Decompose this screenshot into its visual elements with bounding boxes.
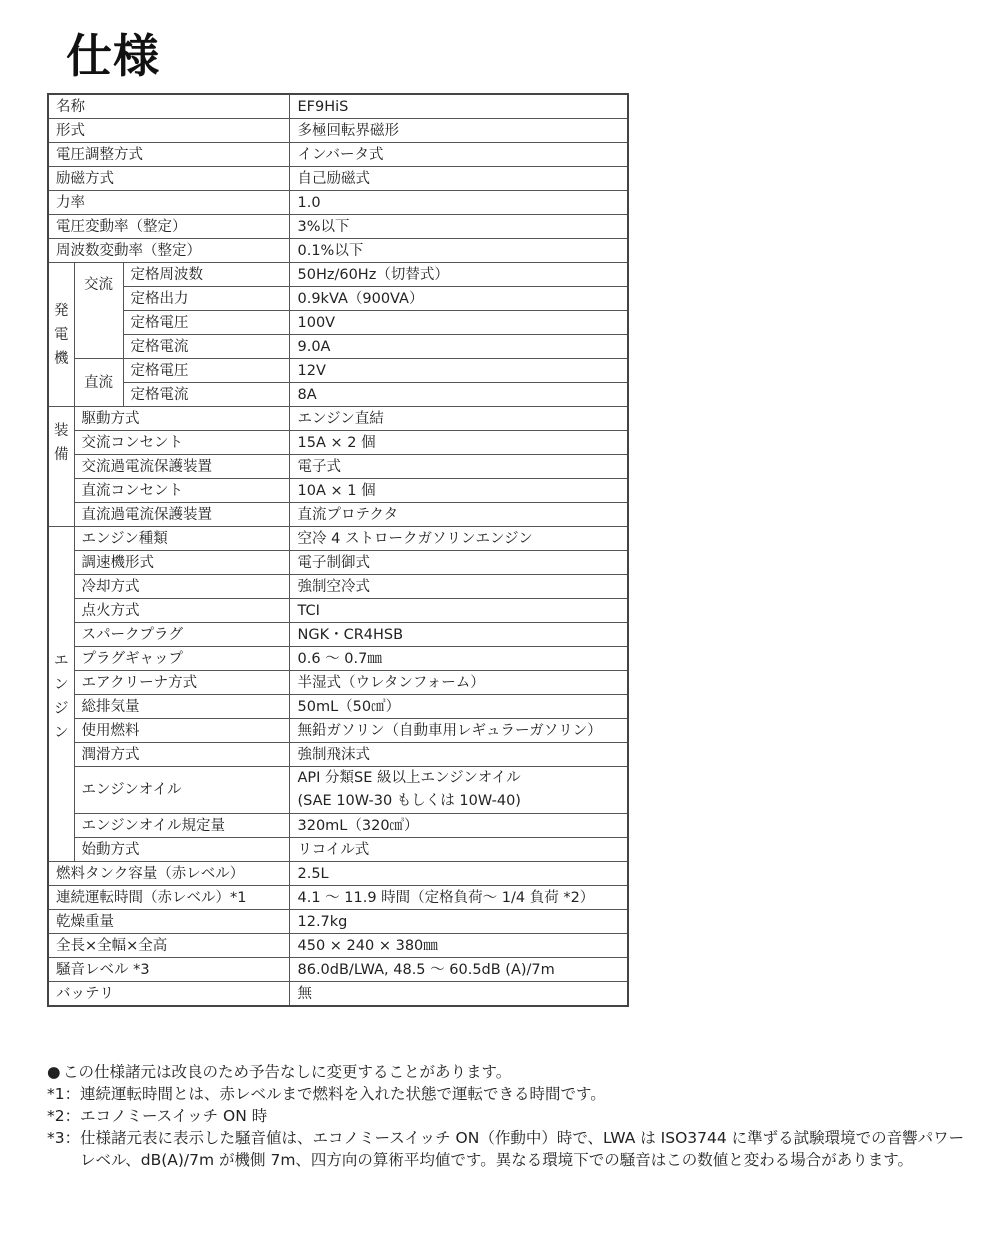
group-label-generator: 発 電 機 [48, 263, 74, 407]
subgroup-label-ac: 交流 [74, 263, 123, 359]
table-row: 全長×全幅×全高 450 × 240 × 380㎜ [48, 934, 628, 958]
table-row: 潤滑方式 強制飛沫式 [48, 743, 628, 767]
spec-value: 0.9kVA（900VA） [289, 287, 628, 311]
spec-value: 9.0A [289, 335, 628, 359]
table-row: 総排気量 50mL（50㎤） [48, 695, 628, 719]
spec-value: 450 × 240 × 380㎜ [289, 934, 628, 958]
note-marker: *3： [47, 1127, 80, 1171]
table-row: 点火方式 TCI [48, 599, 628, 623]
table-row: 調速機形式 電子制御式 [48, 551, 628, 575]
spec-label: 交流コンセント [74, 431, 289, 455]
spec-value: 100V [289, 311, 628, 335]
spec-value: エンジン直結 [289, 407, 628, 431]
table-row: 周波数変動率（整定） 0.1%以下 [48, 239, 628, 263]
table-row: プラグギャップ 0.6 ～ 0.7㎜ [48, 647, 628, 671]
table-row: 燃料タンク容量（赤レベル） 2.5L [48, 862, 628, 886]
spec-value: 強制飛沫式 [289, 743, 628, 767]
spec-label: 始動方式 [74, 838, 289, 862]
spec-label: 調速機形式 [74, 551, 289, 575]
spec-label: 定格電圧 [123, 359, 289, 383]
spec-label: 交流過電流保護装置 [74, 455, 289, 479]
subgroup-label-dc: 直流 [74, 359, 123, 407]
spec-label: 直流過電流保護装置 [74, 503, 289, 527]
table-row: 騒音レベル *3 86.0dB/LWA, 48.5 ～ 60.5dB (A)/7… [48, 958, 628, 982]
table-row: エ ン ジ ン エンジン種類 空冷 4 ストロークガソリンエンジン [48, 527, 628, 551]
spec-value: 4.1 ～ 11.9 時間（定格負荷～ 1/4 負荷 *2） [289, 886, 628, 910]
spec-value: 空冷 4 ストロークガソリンエンジン [289, 527, 628, 551]
spec-label: 使用燃料 [74, 719, 289, 743]
spec-label: エアクリーナ方式 [74, 671, 289, 695]
spec-label: 連続運転時間（赤レベル）*1 [48, 886, 289, 910]
spec-value: 1.0 [289, 191, 628, 215]
spec-label: エンジン種類 [74, 527, 289, 551]
table-row: 直流過電流保護装置 直流プロテクタ [48, 503, 628, 527]
table-row: 発 電 機 交流 定格周波数 50Hz/60Hz（切替式） [48, 263, 628, 287]
spec-label: 形式 [48, 119, 289, 143]
spec-value: 86.0dB/LWA, 48.5 ～ 60.5dB (A)/7m [289, 958, 628, 982]
table-row: 名称 EF9HiS [48, 94, 628, 119]
table-row: 電圧変動率（整定） 3%以下 [48, 215, 628, 239]
spec-value: 3%以下 [289, 215, 628, 239]
spec-value: 15A × 2 個 [289, 431, 628, 455]
spec-value: 50Hz/60Hz（切替式） [289, 263, 628, 287]
spec-label: 定格電流 [123, 335, 289, 359]
table-row: 冷却方式 強制空冷式 [48, 575, 628, 599]
note-disclaimer: ● この仕様諸元は改良のため予告なしに変更することがあります。 [47, 1061, 977, 1083]
spec-label: 乾燥重量 [48, 910, 289, 934]
spec-label: バッテリ [48, 982, 289, 1007]
spec-label: 全長×全幅×全高 [48, 934, 289, 958]
spec-label: スパークプラグ [74, 623, 289, 647]
table-row: スパークプラグ NGK・CR4HSB [48, 623, 628, 647]
table-row: エアクリーナ方式 半湿式（ウレタンフォーム） [48, 671, 628, 695]
spec-value: 50mL（50㎤） [289, 695, 628, 719]
spec-table: 名称 EF9HiS 形式 多極回転界磁形 電圧調整方式 インバータ式 励磁方式 … [47, 93, 629, 1007]
spec-label: 名称 [48, 94, 289, 119]
table-row: 交流過電流保護装置 電子式 [48, 455, 628, 479]
spec-value: 10A × 1 個 [289, 479, 628, 503]
note-marker: *2： [47, 1105, 80, 1127]
spec-label: 総排気量 [74, 695, 289, 719]
table-row: 形式 多極回転界磁形 [48, 119, 628, 143]
table-row: 乾燥重量 12.7kg [48, 910, 628, 934]
spec-label: 駆動方式 [74, 407, 289, 431]
spec-value: 12.7kg [289, 910, 628, 934]
spec-label: 騒音レベル *3 [48, 958, 289, 982]
spec-label: 定格電流 [123, 383, 289, 407]
spec-value: 2.5L [289, 862, 628, 886]
spec-label: 電圧調整方式 [48, 143, 289, 167]
note-1: *1： 連続運転時間とは、赤レベルまで燃料を入れた状態で運転できる時間です。 [47, 1083, 977, 1105]
spec-value: EF9HiS [289, 94, 628, 119]
spec-label: 冷却方式 [74, 575, 289, 599]
group-label-equipment: 装 備 [48, 407, 74, 527]
table-row: 励磁方式 自己励磁式 [48, 167, 628, 191]
spec-value: 12V [289, 359, 628, 383]
spec-label: プラグギャップ [74, 647, 289, 671]
table-row: 電圧調整方式 インバータ式 [48, 143, 628, 167]
note-2: *2： エコノミースイッチ ON 時 [47, 1105, 977, 1127]
spec-label: 直流コンセント [74, 479, 289, 503]
spec-value: 8A [289, 383, 628, 407]
note-text: エコノミースイッチ ON 時 [80, 1105, 977, 1127]
note-text: 連続運転時間とは、赤レベルまで燃料を入れた状態で運転できる時間です。 [80, 1083, 977, 1105]
table-row: エンジンオイル規定量 320mL（320㎤） [48, 814, 628, 838]
group-label-engine: エ ン ジ ン [48, 527, 74, 862]
table-row: バッテリ 無 [48, 982, 628, 1007]
spec-value: 多極回転界磁形 [289, 119, 628, 143]
spec-label: エンジンオイル規定量 [74, 814, 289, 838]
table-row: 定格電流 8A [48, 383, 628, 407]
note-marker: *1： [47, 1083, 80, 1105]
spec-label: 定格周波数 [123, 263, 289, 287]
table-row: 交流コンセント 15A × 2 個 [48, 431, 628, 455]
spec-value: リコイル式 [289, 838, 628, 862]
table-row: 直流 定格電圧 12V [48, 359, 628, 383]
spec-value: 320mL（320㎤） [289, 814, 628, 838]
spec-label: 定格電圧 [123, 311, 289, 335]
note-text: この仕様諸元は改良のため予告なしに変更することがあります。 [63, 1061, 977, 1083]
spec-label: 潤滑方式 [74, 743, 289, 767]
table-row: 使用燃料 無鉛ガソリン（自動車用レギュラーガソリン） [48, 719, 628, 743]
spec-label: 力率 [48, 191, 289, 215]
table-row: 定格電流 9.0A [48, 335, 628, 359]
spec-label: 励磁方式 [48, 167, 289, 191]
page-title: 仕様 [66, 28, 160, 84]
spec-value: 0.1%以下 [289, 239, 628, 263]
footnotes: ● この仕様諸元は改良のため予告なしに変更することがあります。 *1： 連続運転… [47, 1061, 977, 1171]
spec-value-multiline: API 分類SE 級以上エンジンオイル (SAE 10W-30 もしくは 10W… [289, 767, 628, 814]
spec-label: 定格出力 [123, 287, 289, 311]
table-row: 連続運転時間（赤レベル）*1 4.1 ～ 11.9 時間（定格負荷～ 1/4 負… [48, 886, 628, 910]
spec-value: 自己励磁式 [289, 167, 628, 191]
note-text: 仕様諸元表に表示した騒音値は、エコノミースイッチ ON（作動中）時で、LWA は… [80, 1127, 977, 1171]
note-3: *3： 仕様諸元表に表示した騒音値は、エコノミースイッチ ON（作動中）時で、L… [47, 1127, 977, 1171]
table-row: 定格出力 0.9kVA（900VA） [48, 287, 628, 311]
table-row: 装 備 駆動方式 エンジン直結 [48, 407, 628, 431]
spec-value: 0.6 ～ 0.7㎜ [289, 647, 628, 671]
table-row: 始動方式 リコイル式 [48, 838, 628, 862]
spec-label: 電圧変動率（整定） [48, 215, 289, 239]
spec-value: 半湿式（ウレタンフォーム） [289, 671, 628, 695]
bullet-icon: ● [47, 1061, 63, 1083]
spec-label: エンジンオイル [74, 767, 289, 814]
spec-label: 点火方式 [74, 599, 289, 623]
spec-value: 無 [289, 982, 628, 1007]
spec-value: NGK・CR4HSB [289, 623, 628, 647]
spec-value: 電子式 [289, 455, 628, 479]
spec-label: 燃料タンク容量（赤レベル） [48, 862, 289, 886]
spec-value: 直流プロテクタ [289, 503, 628, 527]
table-row: 直流コンセント 10A × 1 個 [48, 479, 628, 503]
spec-value: 強制空冷式 [289, 575, 628, 599]
spec-value: 電子制御式 [289, 551, 628, 575]
table-row: 力率 1.0 [48, 191, 628, 215]
table-row: エンジンオイル API 分類SE 級以上エンジンオイル (SAE 10W-30 … [48, 767, 628, 814]
spec-value: インバータ式 [289, 143, 628, 167]
table-row: 定格電圧 100V [48, 311, 628, 335]
spec-value: 無鉛ガソリン（自動車用レギュラーガソリン） [289, 719, 628, 743]
spec-label: 周波数変動率（整定） [48, 239, 289, 263]
spec-value: TCI [289, 599, 628, 623]
